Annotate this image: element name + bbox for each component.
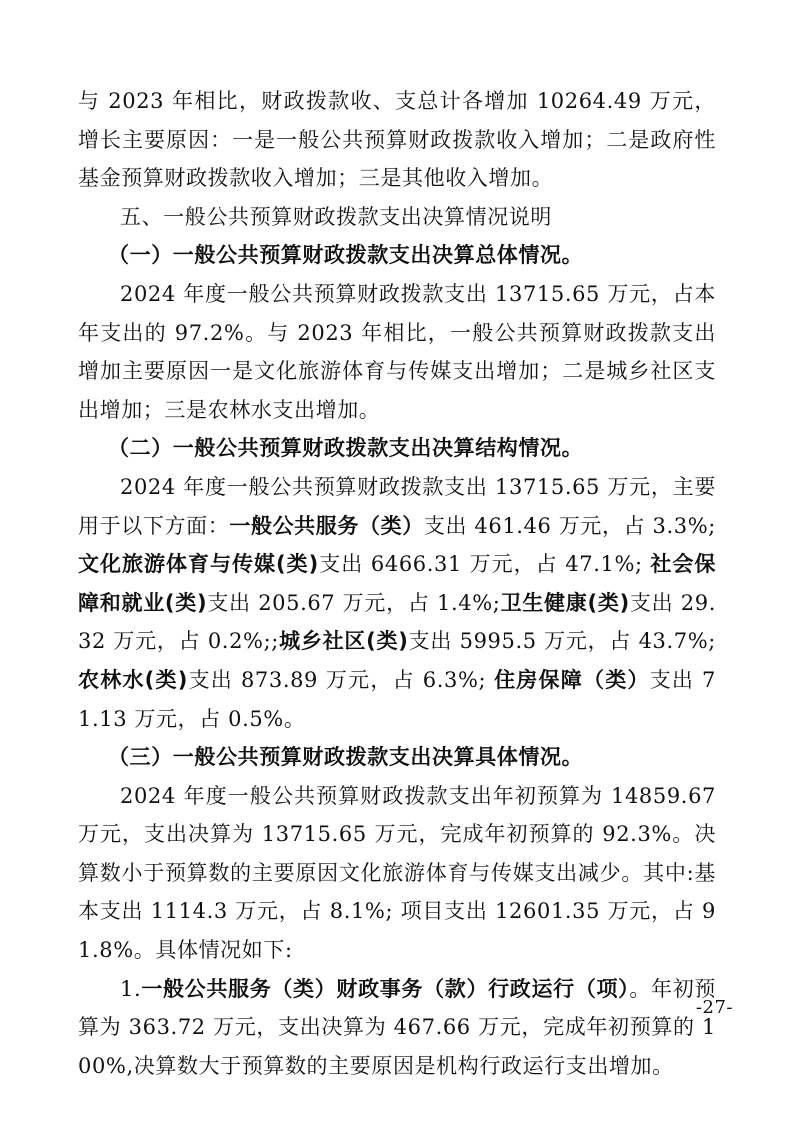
- subsection-title-3: （三）一般公共预算财政拨款支出决算具体情况。: [78, 738, 716, 777]
- page-number: -27-: [696, 997, 733, 1018]
- subsection-title-1: （一）一般公共预算财政拨款支出决算总体情况。: [78, 236, 716, 275]
- category-culture-tourism-sports-media-value: 支出 6466.31 万元，占 47.1%;: [319, 552, 651, 576]
- paragraph-overall-expenditure: 2024 年度一般公共预算财政拨款支出 13715.65 万元，占本年支出的 9…: [78, 275, 716, 429]
- category-general-public-services: 一般公共服务（类）: [229, 514, 424, 538]
- category-housing-security: 住房保障（类）: [494, 668, 650, 692]
- paragraph-specific-expenditure: 2024 年度一般公共预算财政拨款支出年初预算为 14859.67 万元，支出决…: [78, 777, 716, 970]
- category-urban-rural-community-value: 支出 5995.5 万元，占 43.7%;: [408, 629, 716, 653]
- category-agriculture-forestry-water: 农林水(类): [78, 668, 188, 692]
- document-page: 与 2023 年相比，财政拨款收、支总计各增加 10264.49 万元，增长主要…: [78, 82, 716, 1085]
- item-1-number: 1.: [120, 977, 141, 1001]
- paragraph-income-comparison: 与 2023 年相比，财政拨款收、支总计各增加 10264.49 万元，增长主要…: [78, 82, 716, 198]
- paragraph-expenditure-structure: 2024 年度一般公共预算财政拨款支出 13715.65 万元，主要用于以下方面…: [78, 468, 716, 738]
- item-1-title: 一般公共服务（类）财政事务（款）行政运行（项）: [141, 977, 629, 1001]
- paragraph-item-1: 1.一般公共服务（类）财政事务（款）行政运行（项）。年初预算为 363.72 万…: [78, 970, 716, 1086]
- category-health: 卫生健康(类): [500, 591, 629, 615]
- subsection-title-2: （二）一般公共预算财政拨款支出决算结构情况。: [78, 429, 716, 468]
- category-culture-tourism-sports-media: 文化旅游体育与传媒(类): [78, 552, 319, 576]
- category-social-security-employment-value: 支出 205.67 万元，占 1.4%;: [207, 591, 500, 615]
- category-agriculture-forestry-water-value: 支出 873.89 万元，占 6.3%;: [188, 668, 494, 692]
- category-general-public-services-value: 支出 461.46 万元，占 3.3%;: [424, 514, 716, 538]
- section-title-5: 五、一般公共预算财政拨款支出决算情况说明: [78, 198, 716, 237]
- category-urban-rural-community: 城乡社区(类): [279, 629, 409, 653]
